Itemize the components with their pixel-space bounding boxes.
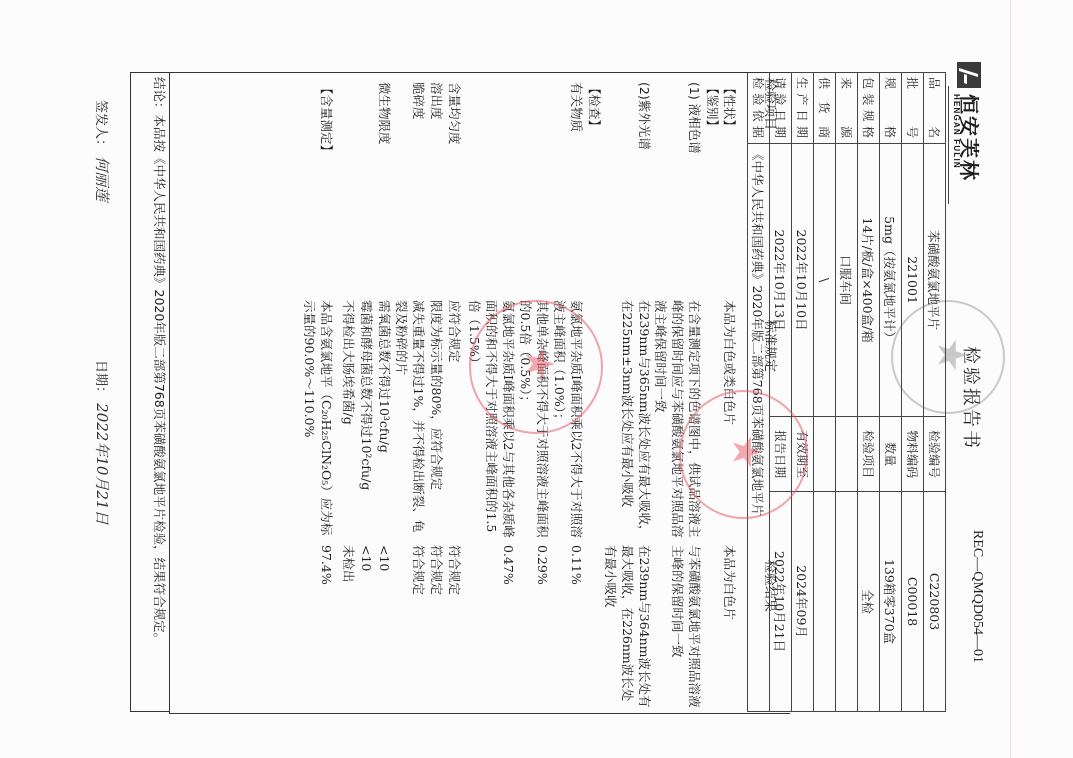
inspection-no-label: 检验编号 <box>924 417 946 492</box>
empty-cell <box>836 417 858 492</box>
test-standard: 减失重量不得过1%，并不得检出断裂、龟裂及粉碎的片 <box>393 300 427 540</box>
test-result: 本品为白色片 <box>721 545 738 710</box>
test-item-name: 脆碎度 <box>410 82 427 120</box>
test-result: 符合规定 <box>410 545 427 710</box>
inspection-no-value: C220803 <box>924 492 946 712</box>
test-standard: 需氧菌总数不得过10³cfu/g <box>376 300 393 540</box>
test-result: 未检出 <box>340 545 357 710</box>
spec-label: 规格 <box>880 73 902 144</box>
header-row: 供货商 \ <box>814 73 836 712</box>
header-row: 规格 5mg（按氨氯地平计） 数量 139箱零370盒 <box>880 73 902 712</box>
test-standard: 氨氯地平杂质I峰面积乘以2与其他各杂质峰面积的和不得大于对照溶液主峰面积的1.5… <box>466 300 517 540</box>
batch-no-value: 221001 <box>902 144 924 417</box>
product-name-label: 品名 <box>924 73 946 144</box>
brand-logo-icon <box>957 62 981 88</box>
inspection-report-page: 恒安芙林 HENGAN FULIN 检验报告书 REC—QMQD054—01 ★… <box>0 0 1073 758</box>
column-header-result: 检验结果 <box>762 560 781 612</box>
document-number: REC—QMQD054—01 <box>969 530 985 663</box>
spec-value: 5mg（按氨氯地平计） <box>880 144 902 417</box>
inspection-item-value: 全检 <box>858 492 880 712</box>
test-item-name: 有关物质 <box>568 82 585 132</box>
date-label: 日期： <box>93 360 108 399</box>
quantity-value: 139箱零370盒 <box>880 492 902 712</box>
date-block: 日期： 2022年10月21日 <box>92 360 113 525</box>
conclusion-text: 结论：本品按《中华人民共和国药典》2020年版二部第768页苯磺酸氨氯地平片检验… <box>130 72 170 712</box>
packaging-label: 包装规格 <box>858 73 880 144</box>
header-row: 包装规格 14片/板/盒×400盒/箱 检验项目 全检 <box>858 73 880 712</box>
test-item-name: (2)紫外光谱 <box>636 82 653 150</box>
source-label: 来源 <box>836 73 858 144</box>
test-standard: 应符合规定 <box>446 300 463 540</box>
supplier-label: 供货商 <box>814 73 836 144</box>
test-result: 0.29% <box>534 545 551 710</box>
production-date-value: 2022年10月10日 <box>792 144 814 417</box>
test-result: 在239nm与364nm波长处有最大吸收，在226nm波长处有最小吸收 <box>602 545 653 710</box>
test-item-name: 【性状】 <box>721 82 738 132</box>
material-code-label: 物料编码 <box>902 417 924 492</box>
test-result: <10 <box>376 545 393 710</box>
batch-no-label: 批号 <box>902 73 924 144</box>
source-value: 口服车间 <box>836 144 858 417</box>
test-standard: 在含量测定项下的色谱图中，供试品溶液主峰的保留时间应与苯磺酸氨氯地平对照品溶液主… <box>652 300 703 540</box>
test-item-name: (1) 液相色谱 <box>686 82 703 154</box>
test-result: <10 <box>358 545 375 710</box>
column-header-item: 检验项目 <box>762 78 781 130</box>
valid-until-value: 2024年09月 <box>792 492 814 712</box>
header-row: 品名 苯磺酸氨氯地平片 检验编号 C220803 <box>924 73 946 712</box>
packaging-value: 14片/板/盒×400盒/箱 <box>858 144 880 417</box>
logo-divider <box>948 86 949 204</box>
test-standard: 在239nm与365nm波长处应有最大吸收，在225nm±3nm波长处应有最小吸… <box>619 300 653 540</box>
valid-until-label: 有效期至 <box>792 417 814 492</box>
header-row: 生产日期 2022年10月10日 有效期至 2024年09月 <box>792 73 814 712</box>
test-item-name: 【含量测定】 <box>318 82 335 157</box>
material-code-value: C00018 <box>902 492 924 712</box>
test-standard: 氨氯地平杂质I峰面积乘以2不得大于对照溶液主峰面积（1.0%）； <box>551 300 585 540</box>
empty-cell <box>814 492 836 712</box>
scan-margin-line <box>1010 0 1011 758</box>
test-item-name: 【鉴别】 <box>704 82 721 132</box>
test-standard: 其他单杂峰面积不得大于对照溶液主峰面积的0.5倍（0.5%）； <box>517 300 551 540</box>
test-result: 0.11% <box>568 545 585 710</box>
empty-cell <box>836 492 858 712</box>
test-result: 97.4% <box>318 545 335 710</box>
test-result: 与苯磺酸氨氯地平对照品溶液主峰的保留时间一致 <box>669 545 703 710</box>
header-row: 来源 口服车间 <box>836 73 858 712</box>
test-result: 符合规定 <box>446 545 463 710</box>
handwritten-date: 2022年10月21日 <box>93 403 111 524</box>
test-standard: 本品为白色或类白色片 <box>721 300 738 540</box>
test-standard: 本品含氨氯地平（C₂₀H₂₅ClN₂O₅）应为标示量的90.0%～110.0% <box>301 300 335 540</box>
supplier-value: \ <box>814 144 836 417</box>
signer-label: 签发人： <box>93 100 108 152</box>
test-standard: 不得检出大肠埃希菌/g <box>340 300 357 540</box>
test-result: 符合规定 <box>428 545 445 710</box>
quantity-label: 数量 <box>880 417 902 492</box>
production-date-label: 生产日期 <box>792 73 814 144</box>
report-title: 检验报告书 <box>959 346 985 451</box>
test-item-name: 溶出度 <box>428 82 445 120</box>
test-result: 0.47% <box>500 545 517 710</box>
signer-block: 签发人： 何丽莲 <box>92 100 113 201</box>
brand-name-en: HENGAN FULIN <box>952 94 961 169</box>
test-item-name: 微生物限度 <box>376 82 393 145</box>
header-row: 批号 221001 物料编码 C00018 <box>902 73 924 712</box>
inspection-item-label: 检验项目 <box>858 417 880 492</box>
signer-signature: 何丽莲 <box>93 156 111 201</box>
product-name-value: 苯磺酸氨氯地平片 <box>924 144 946 417</box>
test-item-name: 【检查】 <box>586 82 603 132</box>
test-item-name: 含量均匀度 <box>446 82 463 145</box>
column-header-standard: 标准规定 <box>762 320 781 372</box>
empty-cell <box>814 417 836 492</box>
test-standard: 限度为标示量的80%，应符合规定 <box>428 300 445 540</box>
test-standard: 霉菌和酵母菌总数不得过10²cfu/g <box>358 300 375 540</box>
